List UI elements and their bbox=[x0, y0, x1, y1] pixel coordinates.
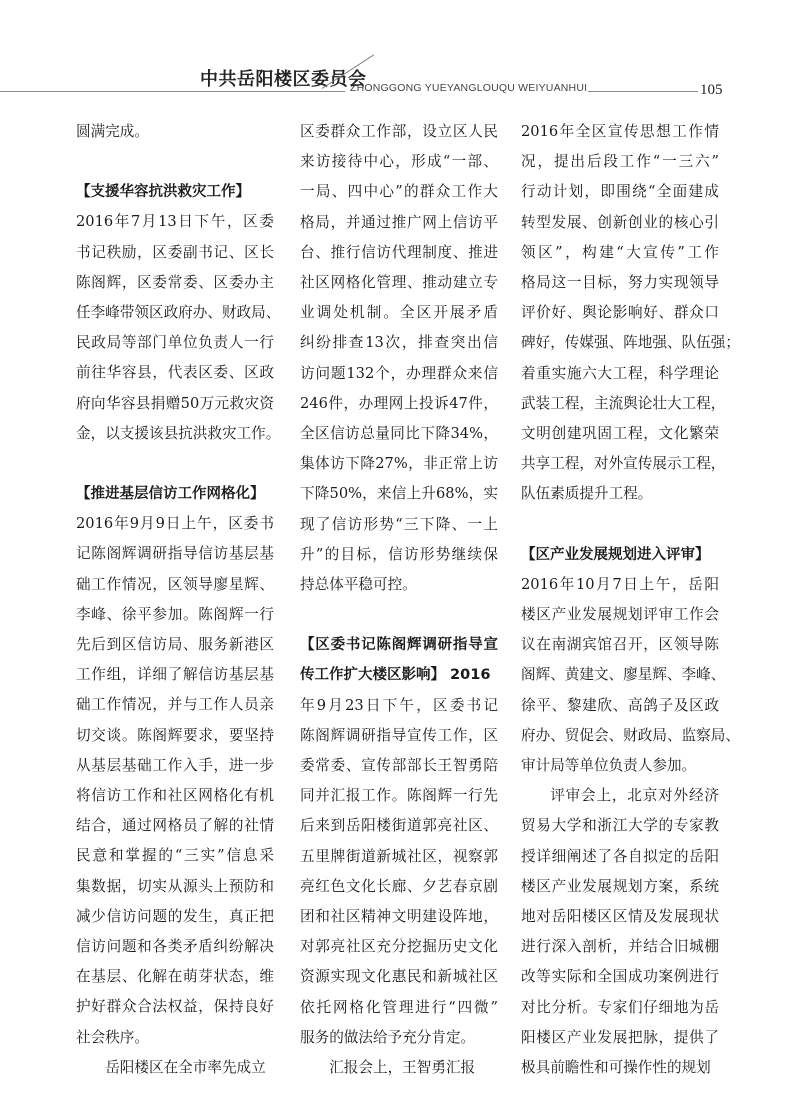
text-column-1: 圆满完成。【支援华容抗洪救灾工作】2016年7月13日下午，区委书记秩励，区委副… bbox=[76, 117, 274, 1083]
text-line: 前往华容县，代表区委、区政 bbox=[76, 358, 274, 388]
text-line: 246件，办理网上投诉47件， bbox=[300, 389, 498, 419]
text-line: 五里牌街道新城社区，视察郭 bbox=[300, 842, 498, 872]
text-line: 集体访下降27%，非正常上访 bbox=[300, 449, 498, 479]
text-line: 文明创建巩固工程，文化繁荣 bbox=[521, 419, 719, 449]
text-line: 况，提出后段工作“一三六” bbox=[521, 147, 719, 177]
text-line: 评价好、舆论影响好、群众口 bbox=[521, 298, 719, 328]
text-line: 转型发展、创新创业的核心引 bbox=[521, 208, 719, 238]
text-line: 2016年9月9日上午，区委书 bbox=[76, 509, 274, 539]
section-heading: 【推进基层信访工作网格化】 bbox=[76, 479, 274, 509]
text-line: 依托网格化管理进行“四微” bbox=[300, 993, 498, 1023]
text-line: 同并汇报工作。陈阁辉一行先 bbox=[300, 781, 498, 811]
text-line: 格局，并通过推广网上信访平 bbox=[300, 208, 498, 238]
text-line: 民意和掌握的“三实”信息采 bbox=[76, 841, 274, 871]
text-line: 对比分析。专家们仔细地为岳 bbox=[521, 993, 719, 1023]
text-line: 结合，通过网格员了解的社情 bbox=[76, 811, 274, 841]
paragraph: 岳阳楼区在全市率先成立 bbox=[76, 1053, 274, 1083]
text-line: 【区委书记陈阁辉调研指导宣 bbox=[300, 630, 498, 660]
text-column-2: 区委群众工作部，设立区人民来访接待中心，形成“一部、一局、四中心”的群众工作大格… bbox=[300, 117, 498, 1083]
text-line: 审计局等单位负责人参加。 bbox=[521, 751, 719, 781]
text-line: 对郭亮社区充分挖掘历史文化 bbox=[300, 932, 498, 962]
text-line: 持总体平稳可控。 bbox=[300, 570, 498, 600]
paragraph: 圆满完成。 bbox=[76, 117, 274, 147]
text-line: 工作组，详细了解信访基层基 bbox=[76, 660, 274, 690]
text-column-3: 2016年全区宣传思想工作情况，提出后段工作“一三六”行动计划，即围绕“全面建成… bbox=[521, 117, 719, 1083]
text-line: 下降50%，来信上升68%，实 bbox=[300, 479, 498, 509]
text-line: 区委群众工作部，设立区人民 bbox=[300, 117, 498, 147]
text-line: 切交谈。陈阁辉要求，要坚持 bbox=[76, 721, 274, 751]
text-line: 来访接待中心，形成“一部、 bbox=[300, 147, 498, 177]
text-line: 地对岳阳楼区区情及发展现状 bbox=[521, 902, 719, 932]
text-line: 评审会上，北京对外经济 bbox=[521, 781, 719, 811]
header-rule-right bbox=[588, 91, 698, 92]
text-line: 岳阳楼区在全市率先成立 bbox=[76, 1053, 274, 1083]
text-line: 传工作扩大楼区影响】 2016 bbox=[300, 660, 498, 690]
text-line: 业调处机制。全区开展矛盾 bbox=[300, 298, 498, 328]
text-line: 改等实际和全国成功案例进行 bbox=[521, 962, 719, 992]
paragraph-gap bbox=[76, 147, 274, 177]
text-line: 服务的做法给予充分肯定。 bbox=[300, 1023, 498, 1053]
text-line: 础工作情况，区领导廖星辉、 bbox=[76, 570, 274, 600]
text-line: 社会秩序。 bbox=[76, 1023, 274, 1053]
text-line: 授详细阐述了各自拟定的岳阳 bbox=[521, 842, 719, 872]
paragraph: 2016年全区宣传思想工作情况，提出后段工作“一三六”行动计划，即围绕“全面建成… bbox=[521, 117, 719, 510]
text-line: 台、推行信访代理制度、推进 bbox=[300, 238, 498, 268]
text-line: 贸易大学和浙江大学的专家教 bbox=[521, 811, 719, 841]
paragraph: 评审会上，北京对外经济贸易大学和浙江大学的专家教授详细阐述了各自拟定的岳阳楼区产… bbox=[521, 781, 719, 1083]
text-line: 一局、四中心”的群众工作大 bbox=[300, 177, 498, 207]
text-line: 李峰、徐平参加。陈阁辉一行 bbox=[76, 600, 274, 630]
text-line: 领区”，构建“大宣传”工作 bbox=[521, 238, 719, 268]
text-line: 升”的目标，信访形势继续保 bbox=[300, 540, 498, 570]
text-line: 碑好，传媒强、阵地强、队伍强； bbox=[521, 328, 719, 358]
text-line: 在基层、化解在萌芽状态，维 bbox=[76, 962, 274, 992]
text-line: 集数据，切实从源头上预防和 bbox=[76, 872, 274, 902]
text-line: 楼区产业发展规划方案，系统 bbox=[521, 872, 719, 902]
paragraph: 2016年7月13日下午，区委书记秩励，区委副书记、区长陈阁辉，区委常委、区委办… bbox=[76, 207, 274, 449]
text-line: 阳楼区产业发展把脉，提供了 bbox=[521, 1023, 719, 1053]
header-rule-left bbox=[0, 91, 345, 92]
text-line: 社区网格化管理、推动建立专 bbox=[300, 268, 498, 298]
text-line: 资源实现文化惠民和新城社区 bbox=[300, 962, 498, 992]
text-line: 【推进基层信访工作网格化】 bbox=[76, 479, 274, 509]
text-line: 础工作情况，并与工作人员亲 bbox=[76, 690, 274, 720]
paragraph: 区委群众工作部，设立区人民来访接待中心，形成“一部、一局、四中心”的群众工作大格… bbox=[300, 117, 498, 600]
text-line: 府办、贸促会、财政局、监察局、 bbox=[521, 721, 719, 751]
text-line: 记陈阁辉调研指导信访基层基 bbox=[76, 539, 274, 569]
text-line: 后来到岳阳楼街道郭亮社区、 bbox=[300, 811, 498, 841]
text-line: 行动计划，即围绕“全面建成 bbox=[521, 177, 719, 207]
text-line: 队伍素质提升工程。 bbox=[521, 479, 719, 509]
text-line: 极具前瞻性和可操作性的规划 bbox=[521, 1053, 719, 1083]
text-line: 金，以支援该县抗洪救灾工作。 bbox=[76, 419, 274, 449]
paragraph: 年9月23日下午，区委书记陈阁辉调研指导宣传工作，区委常委、宣传部部长王智勇陪同… bbox=[300, 691, 498, 1053]
text-line: 纠纷排查13次，排查突出信 bbox=[300, 328, 498, 358]
paragraph-gap bbox=[521, 510, 719, 540]
text-line: 2016年10月7日上午，岳阳 bbox=[521, 570, 719, 600]
text-line: 先后到区信访局、服务新港区 bbox=[76, 630, 274, 660]
text-line: 将信访工作和社区网格化有机 bbox=[76, 781, 274, 811]
text-line: 着重实施六大工程，科学理论 bbox=[521, 359, 719, 389]
text-line: 【区产业发展规划进入评审】 bbox=[521, 540, 719, 570]
text-line: 进行深入剖析，并结合旧城棚 bbox=[521, 932, 719, 962]
paragraph: 2016年10月7日上午，岳阳楼区产业发展规划评审工作会议在南湖宾馆召开，区领导… bbox=[521, 570, 719, 781]
text-line: 议在南湖宾馆召开，区领导陈 bbox=[521, 630, 719, 660]
text-line: 年9月23日下午，区委书记 bbox=[300, 691, 498, 721]
text-line: 访问题132个，办理群众来信 bbox=[300, 359, 498, 389]
text-line: 书记秩励，区委副书记、区长 bbox=[76, 238, 274, 268]
text-line: 圆满完成。 bbox=[76, 117, 274, 147]
text-line: 阁辉、黄建文、廖星辉、李峰、 bbox=[521, 660, 719, 690]
text-line: 从基层基础工作入手，进一步 bbox=[76, 751, 274, 781]
paragraph: 2016年9月9日上午，区委书记陈阁辉调研指导信访基层基础工作情况，区领导廖星辉… bbox=[76, 509, 274, 1053]
section-heading: 【区委书记陈阁辉调研指导宣传工作扩大楼区影响】 2016 bbox=[300, 630, 498, 690]
text-line: 格局这一目标，努力实现领导 bbox=[521, 268, 719, 298]
text-line: 武装工程，主流舆论壮大工程， bbox=[521, 389, 719, 419]
paragraph-gap bbox=[300, 600, 498, 630]
text-line: 汇报会上，王智勇汇报 bbox=[300, 1053, 498, 1083]
header-subtitle-en: ZHONGGONG YUEYANGLOUQU WEIYUANHUI bbox=[350, 82, 587, 94]
text-line: 任李峰带领区政府办、财政局、 bbox=[76, 298, 274, 328]
text-line: 减少信访问题的发生，真正把 bbox=[76, 902, 274, 932]
section-heading: 【区产业发展规划进入评审】 bbox=[521, 540, 719, 570]
text-line: 楼区产业发展规划评审工作会 bbox=[521, 600, 719, 630]
text-line: 委常委、宣传部部长王智勇陪 bbox=[300, 751, 498, 781]
text-line: 全区信访总量同比下降34%， bbox=[300, 419, 498, 449]
text-line: 团和社区精神文明建设阵地， bbox=[300, 902, 498, 932]
paragraph: 汇报会上，王智勇汇报 bbox=[300, 1053, 498, 1083]
page-number: 105 bbox=[700, 82, 723, 99]
text-line: 2016年全区宣传思想工作情 bbox=[521, 117, 719, 147]
section-heading: 【支援华容抗洪救灾工作】 bbox=[76, 177, 274, 207]
text-line: 【支援华容抗洪救灾工作】 bbox=[76, 177, 274, 207]
text-line: 2016年7月13日下午，区委 bbox=[76, 207, 274, 237]
text-line: 府向华容县捐赠50万元救灾资 bbox=[76, 389, 274, 419]
text-line: 信访问题和各类矛盾纠纷解决 bbox=[76, 932, 274, 962]
text-line: 共享工程，对外宣传展示工程， bbox=[521, 449, 719, 479]
text-line: 陈阁辉调研指导宣传工作，区 bbox=[300, 721, 498, 751]
header-title: 中共岳阳楼区委员会 bbox=[200, 65, 367, 91]
text-line: 现了信访形势“三下降、一上 bbox=[300, 510, 498, 540]
text-line: 徐平、黎建欣、高鸽子及区政 bbox=[521, 691, 719, 721]
text-line: 护好群众合法权益，保持良好 bbox=[76, 992, 274, 1022]
text-line: 陈阁辉，区委常委、区委办主 bbox=[76, 268, 274, 298]
paragraph-gap bbox=[76, 449, 274, 479]
text-line: 民政局等部门单位负责人一行 bbox=[76, 328, 274, 358]
text-line: 亮红色文化长廊、夕艺春京剧 bbox=[300, 872, 498, 902]
